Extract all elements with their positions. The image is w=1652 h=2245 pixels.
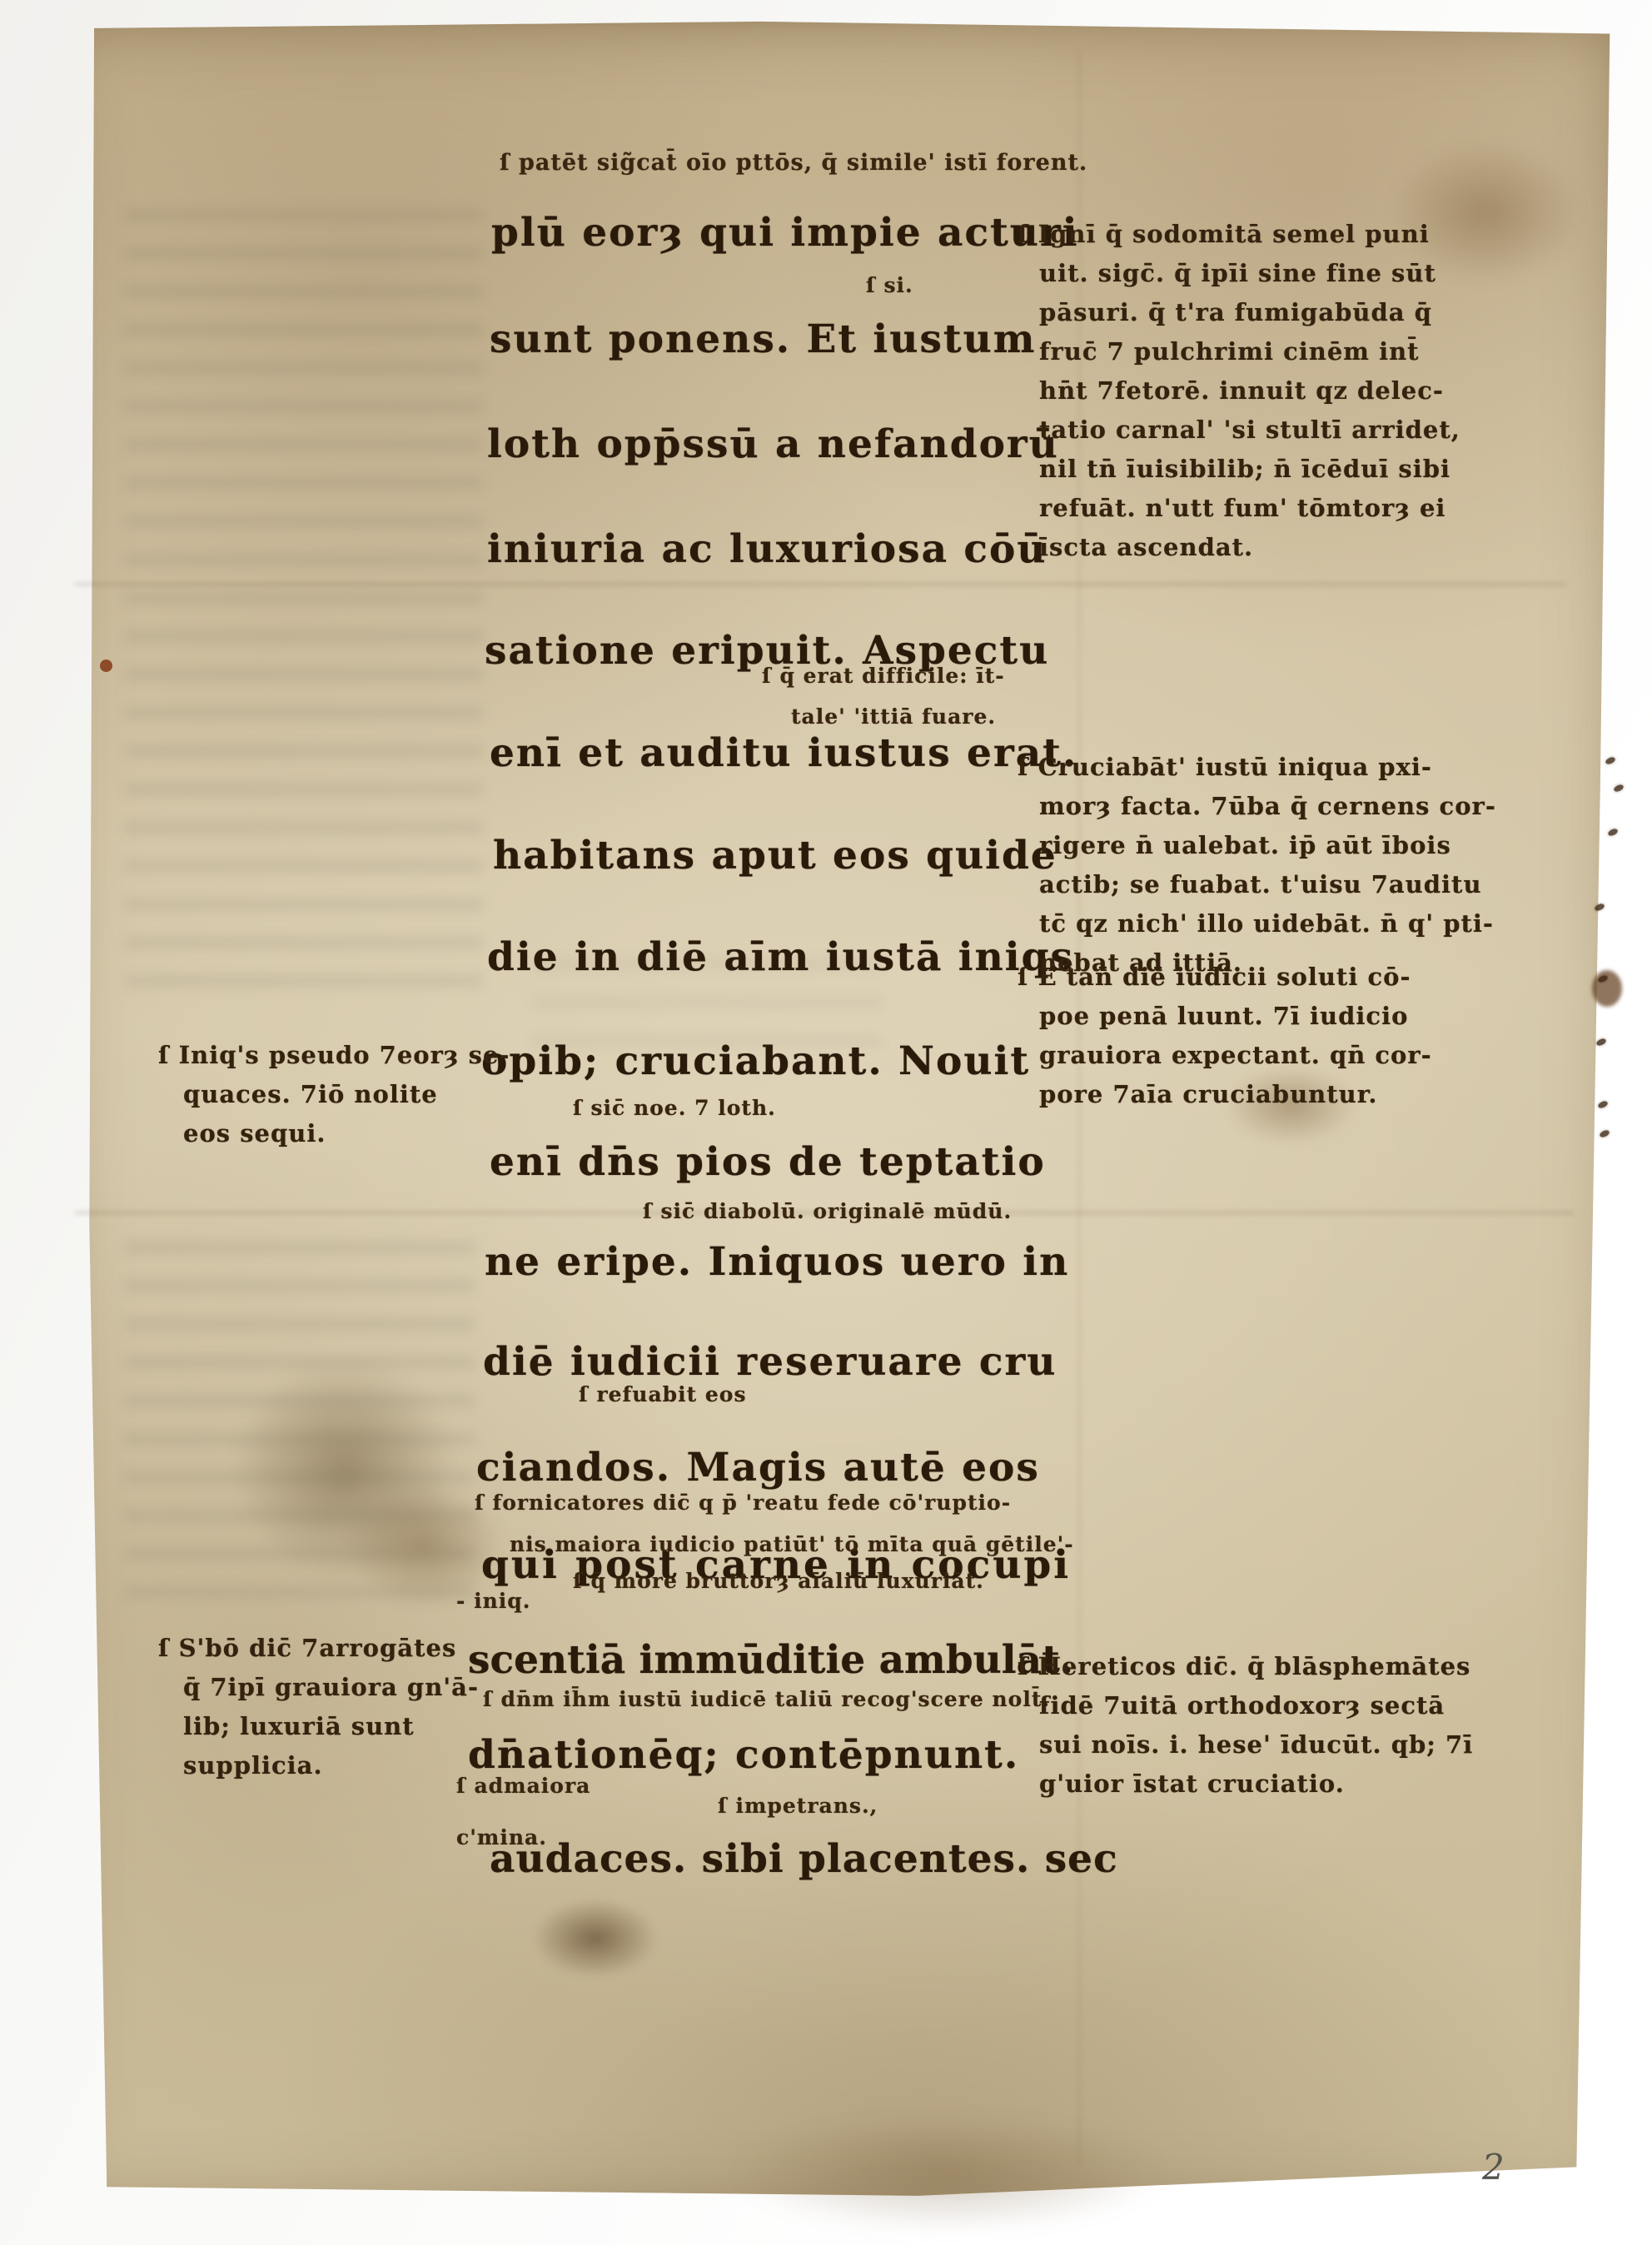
main-text-line: ne eripe. Iniquos uero in [485,1239,1069,1285]
gloss-line: fruc̄ 7 pulchrimi cinēm int̄ [1018,332,1460,371]
gloss-line: fidē 7uitā orthodoxorȝ sectā [1018,1686,1473,1725]
gloss-line: ſ S'bō dic̄ 7arrogātes [158,1629,479,1668]
manuscript-photo: ſ patēt sig̃cat̄ oīo pttōs, q̄ simile' i… [0,0,1652,2245]
interlinear-gloss: ſ impetrans., [718,1794,878,1818]
gloss-line: supplicia. [158,1746,479,1785]
gloss-line: sui noīs. i. hese' īducūt. qb; 7ī [1018,1725,1473,1765]
pricking-hole [1595,1038,1607,1047]
gloss-line: ſ Iniq's pseudo 7eorȝ se- [158,1036,510,1075]
right-margin-gloss-2: ſ Cruciabāt' iustū iniqua pxi- morȝ fact… [1018,748,1496,983]
gloss-line: pore 7aīa cruciabuntur. [1018,1075,1432,1114]
main-text-line: enī et auditu iustus erat. [490,730,1077,776]
interlinear-gloss: - iniq. [456,1589,530,1613]
main-text-line: enī dn̄s pios de teptatio [490,1139,1046,1185]
interlinear-gloss: ſ sic̄ diabolū. originalē mūdū. [643,1199,1012,1223]
top-margin-gloss: ſ patēt sig̃cat̄ oīo pttōs, q̄ simile' i… [500,150,1087,176]
interlinear-gloss: ſ q̄ more bruttorȝ aīaliū luxuriāt. [573,1569,984,1593]
gloss-line: grauiora expectant. qn̄ cor- [1018,1036,1432,1075]
interlinear-gloss: tale' 'ittiā fuare. [791,704,996,729]
main-text-line: loth opp̄ssū a nefandorū [487,421,1059,467]
gloss-line: ſ Hereticos dic̄. q̄ blāsphemātes [1018,1647,1473,1686]
main-text-line: ciandos. Magis autē eos [476,1445,1040,1491]
main-text-line: scentiā immūditie ambulāt. [468,1637,1073,1683]
gloss-line: actib; se fuabat. t'uisu 7auditu [1018,865,1496,904]
main-text-line: audaces. sibi placentes. sec [490,1836,1118,1882]
left-margin-gloss-2: ſ S'bō dic̄ 7arrogātes q̄ 7ipī grauiora … [158,1629,479,1785]
pricking-hole [1607,828,1619,837]
interlinear-gloss: ſ dn̄m ih̄m iustū iudicē taliū recog'sce… [483,1687,1050,1711]
gloss-line: rigere n̄ ualebat. ip̄ aūt ībois [1018,826,1496,865]
gloss-line: tc̄ qz nich' illo uidebāt. n̄ q' pti- [1018,904,1496,943]
main-text-line: iniuria ac luxuriosa cōū [487,526,1047,572]
gloss-line: eos sequi. [158,1114,510,1153]
main-text-line: plū eorȝ qui impie acturi [491,210,1079,256]
gloss-line: poe penā luunt. 7ī iudicio [1018,997,1432,1036]
gloss-line: ſ Ignī q̄ sodomitā semel puni [1018,215,1460,254]
gloss-line: hn̄t 7fetorē. innuit qz delec- [1018,371,1460,411]
interlinear-gloss: ſ sic̄ noe. 7 loth. [573,1096,776,1120]
gloss-line: q̄ 7ipī grauiora gn'ā- [158,1668,479,1707]
left-margin-gloss-1: ſ Iniq's pseudo 7eorȝ se- quaces. 7iō no… [158,1036,510,1153]
main-text-line: diē iudicii reseruare cru [483,1339,1057,1385]
gloss-line: uit. sigc̄. q̄ ipīi sine fine sūt [1018,254,1460,293]
pricking-hole [1605,756,1616,765]
gloss-line: refuāt. n'utt fum' tōmtorȝ ei [1018,489,1460,528]
right-margin-gloss-4: ſ Hereticos dic̄. q̄ blāsphemātes fidē 7… [1018,1647,1473,1804]
main-text-line: opib; cruciabant. Nouit [481,1038,1030,1084]
gloss-line: quaces. 7iō nolite [158,1075,510,1114]
pricking-hole [1599,1129,1610,1138]
interlinear-gloss: ſ fornicatores dic̄ q p̄ 'reatu fede cō'… [475,1491,1011,1515]
gloss-line: tatio carnal' 'si stultī arridet, [1018,411,1460,450]
interlinear-gloss: c'mina. [456,1825,547,1849]
interlinear-gloss: ſ si. [866,273,913,297]
pricking-hole [1597,1100,1609,1109]
gloss-line: g'uior īstat cruciatio. [1018,1765,1473,1804]
gloss-line: morȝ facta. 7ūba q̄ cernens cor- [1018,787,1496,826]
gloss-line: ſ E tan̄ diē iudicii soluti cō- [1018,958,1432,997]
gloss-line: ſ Cruciabāt' iustū iniqua pxi- [1018,748,1496,787]
gloss-line: īscta ascendat. [1018,528,1460,567]
folio-number: 2 [1482,2147,1505,2188]
interlinear-gloss: nis maiora iudicio patiūt' tō mīta quā g… [510,1532,1074,1556]
gloss-line: pāsuri. q̄ t'ra fumigabūda q̄ [1018,293,1460,332]
pricking-hole [1597,974,1609,983]
pricking-hole [1613,784,1625,793]
right-margin-gloss-3: ſ E tan̄ diē iudicii soluti cō- poe penā… [1018,958,1432,1114]
main-text-line: die in diē aīm iustā iniqs [487,934,1074,980]
right-margin-gloss-1: ſ Ignī q̄ sodomitā semel puni uit. sigc̄… [1018,215,1460,567]
gloss-line: nil tn̄ īuisibilib; n̄ īcēduī sibi [1018,450,1460,489]
interlinear-gloss: ſ q̄ erat difficile: īt- [762,664,1005,688]
main-text-line: habitans aput eos quide [493,833,1057,879]
gloss-line: lib; luxuriā sunt [158,1707,479,1746]
main-text-line: dn̄ationēq; contēpnunt. [468,1732,1019,1778]
main-text-line: sunt ponens. Et iustum [490,316,1037,362]
interlinear-gloss: ſ refuabit eos [579,1382,747,1406]
